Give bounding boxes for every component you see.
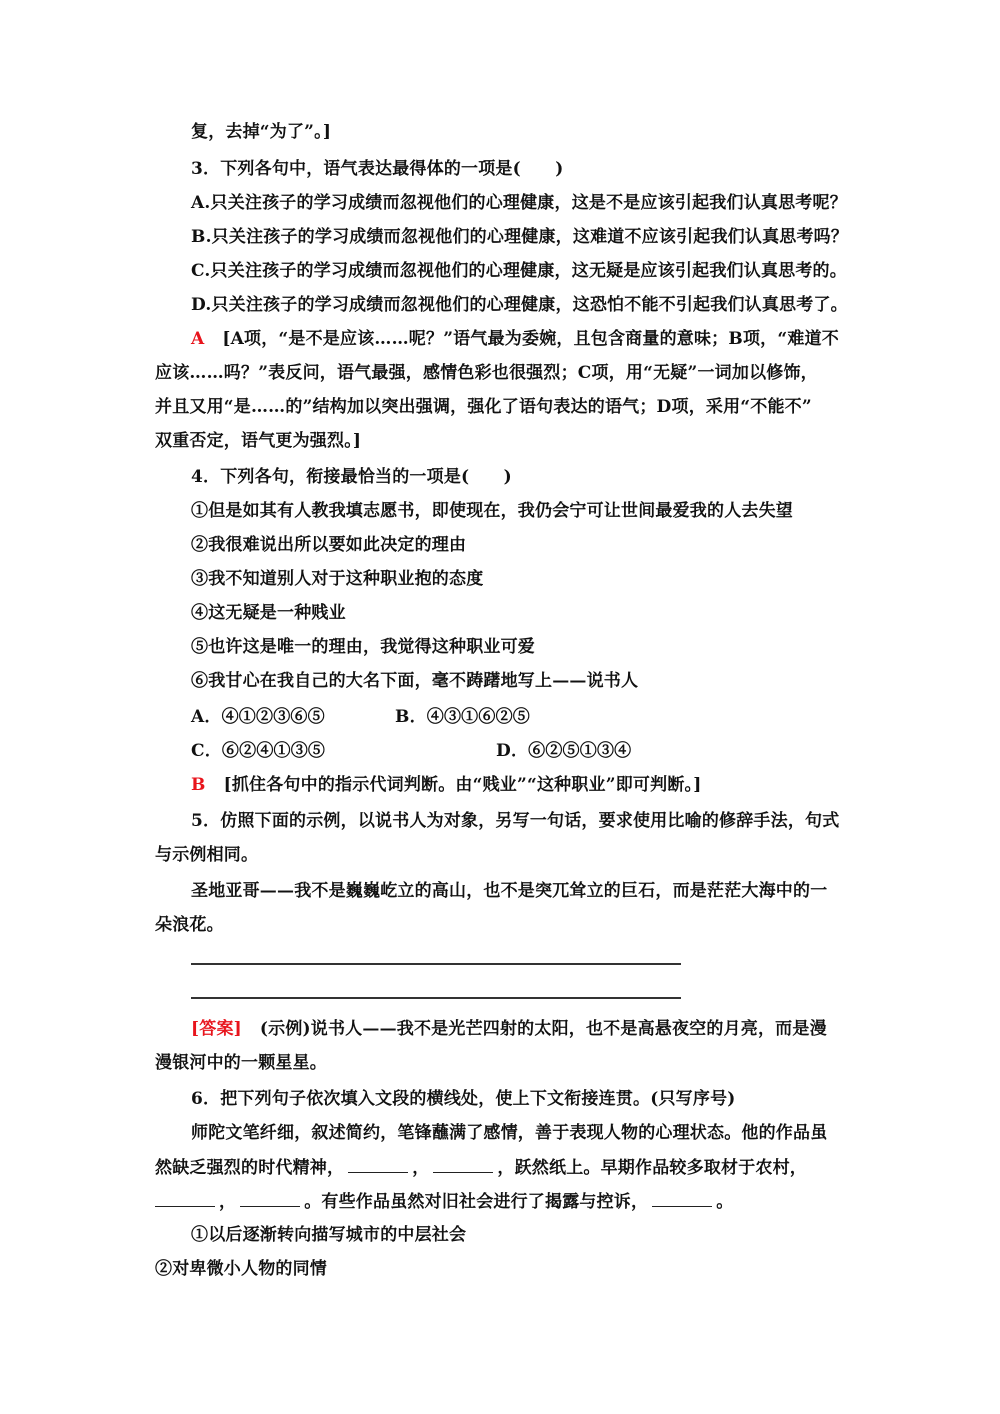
q6-item-1: ①以后逐渐转向描写城市的中层社会	[191, 1224, 871, 1246]
q3-option-a: A.只关注孩子的学习成绩而忽视他们的心理健康，这是不是应该引起我们认真思考呢？	[191, 192, 871, 214]
q3-explanation-line-1: A[A项，“是不是应该……呢？”语气最为委婉，且包含商量的意味；B项，“难道不	[191, 328, 871, 350]
q3-option-b: B.只关注孩子的学习成绩而忽视他们的心理健康，这难道不应该引起我们认真思考吗？	[191, 226, 871, 248]
q6-paragraph-line-2: 然缺乏强烈的时代精神，，，跃然纸上。早期作品较多取材于农村，	[155, 1156, 865, 1179]
q6-stem: 6．把下列句子依次填入文段的横线处，使上下文衔接连贯。(只写序号)	[191, 1088, 871, 1110]
q5-example-line-2: 朵浪花。	[155, 914, 865, 936]
fill-blank-1[interactable]	[348, 1156, 408, 1173]
q3-stem: 3．下列各句中，语气表达最得体的一项是( )	[191, 158, 871, 180]
q4-stem: 4．下列各句，衔接最恰当的一项是( )	[191, 466, 871, 488]
q3-option-d: D.只关注孩子的学习成绩而忽视他们的心理健康，这恐怕不能不引起我们认真思考了。	[191, 294, 871, 316]
fill-blank-2[interactable]	[433, 1156, 493, 1173]
fill-blank-3[interactable]	[155, 1190, 215, 1207]
q3-answer-letter: A	[191, 329, 204, 349]
q3-explanation-line-2: 应该……吗？”表反问，语气最强，感情色彩也很强烈；C项，用“无疑”一词加以修饰，	[155, 362, 865, 384]
q4-sentence-2: ②我很难说出所以要如此决定的理由	[191, 534, 871, 556]
q5-stem-line-1: 5．仿照下面的示例，以说书人为对象，另写一句话，要求使用比喻的修辞手法，句式	[191, 810, 871, 832]
q6-paragraph-line-3: ，。有些作品虽然对旧社会进行了揭露与控诉，。	[155, 1190, 865, 1213]
q6-item-2: ②对卑微小人物的同情	[155, 1258, 865, 1280]
answer-tag: [答案]	[191, 1019, 242, 1039]
q3-explanation-line-3: 并且又用“是……的”结构加以突出强调，强化了语句表达的语气；D项，采用“不能不”	[155, 396, 865, 418]
q4-sentence-1: ①但是如其有人教我填志愿书，即使现在，我仍会宁可让世间最爱我的人去失望	[191, 500, 871, 522]
q6-paragraph-line-1: 师陀文笔纤细，叙述简约，笔锋蘸满了感情，善于表现人物的心理状态。他的作品虽	[191, 1122, 871, 1144]
q4-sentence-6: ⑥我甘心在我自己的大名下面，毫不踌躇地写上——说书人	[191, 670, 871, 692]
q5-answer-line-2: 漫银河中的一颗星星。	[155, 1052, 865, 1074]
q4-option-d: D．⑥②⑤①③④	[496, 740, 796, 762]
q5-stem-line-2: 与示例相同。	[155, 844, 865, 866]
q4-sentence-4: ④这无疑是一种贱业	[191, 602, 871, 624]
q4-option-b: B．④③①⑥②⑤	[395, 706, 695, 728]
answer-blank-line-1[interactable]	[191, 963, 681, 965]
q5-example-line-1: 圣地亚哥——我不是巍巍屹立的高山，也不是突兀耸立的巨石，而是茫茫大海中的一	[191, 880, 871, 902]
q3-option-c: C.只关注孩子的学习成绩而忽视他们的心理健康，这无疑是应该引起我们认真思考的。	[191, 260, 871, 282]
fill-blank-4[interactable]	[240, 1190, 300, 1207]
q4-sentence-5: ⑤也许这是唯一的理由，我觉得这种职业可爱	[191, 636, 871, 658]
q4-sentence-3: ③我不知道别人对于这种职业抱的态度	[191, 568, 871, 590]
previous-explanation-tail: 复，去掉“为了”。]	[191, 121, 871, 143]
q3-explanation-line-4: 双重否定，语气更为强烈。]	[155, 430, 865, 452]
fill-blank-5[interactable]	[652, 1190, 712, 1207]
answer-blank-line-2[interactable]	[191, 997, 681, 999]
q4-answer-letter: B	[191, 775, 206, 795]
q4-explanation: B[抓住各句中的指示代词判断。由“贱业”“这种职业”即可判断。]	[191, 774, 871, 796]
q5-answer-line-1: [答案](示例)说书人——我不是光芒四射的太阳，也不是高悬夜空的月亮，而是漫	[191, 1018, 871, 1040]
